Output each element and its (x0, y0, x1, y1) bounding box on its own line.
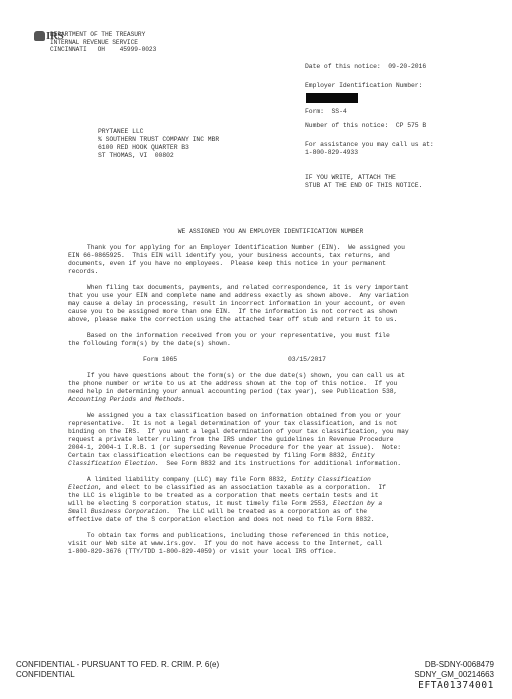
letter-body: WE ASSIGNED YOU AN EMPLOYER IDENTIFICATI… (68, 228, 488, 556)
paragraph-tax-forms: To obtain tax forms and publications, in… (68, 532, 488, 556)
dept-line: DEPARTMENT OF THE TREASURY (50, 31, 156, 39)
write-instruction: STUB AT THE END OF THIS NOTICE. (305, 182, 422, 190)
assistance-phone: 1-800-829-4933 (305, 149, 358, 157)
notice-number: Number of this notice: CP 575 B (305, 122, 426, 130)
confidential-label: CONFIDENTIAL (16, 670, 219, 680)
recipient-address: PRYTANEE LLC% SOUTHERN TRUST COMPANY INC… (98, 128, 219, 160)
address-line: 6100 RED HOOK QUARTER B3 (98, 144, 219, 152)
paragraph-text: A limited liability company (LLC) may fi… (68, 476, 291, 483)
form-title: Entity Classification (291, 476, 371, 483)
paragraph-questions: If you have questions about the form(s) … (68, 372, 488, 404)
department-address: DEPARTMENT OF THE TREASURYINTERNAL REVEN… (50, 31, 156, 54)
address-line: % SOUTHERN TRUST COMPANY INC MBR (98, 136, 219, 144)
paragraph-ein-assigned: Thank you for applying for an Employer I… (68, 244, 488, 276)
form-title: Election by a (333, 500, 382, 507)
ein-redaction-box (306, 93, 358, 103)
paragraph-text: See Form 8832 and its instructions for a… (159, 460, 401, 467)
letter-title: WE ASSIGNED YOU AN EMPLOYER IDENTIFICATI… (53, 228, 488, 236)
form-due-row: Form 1065 03/15/2017 (68, 356, 488, 364)
form-title: Classification Election. (68, 460, 159, 467)
form-title: Election (68, 484, 98, 491)
bates-number: SDNY_GM_00214663 (414, 670, 494, 680)
confidential-notice: CONFIDENTIAL - PURSUANT TO FED. R. CRIM.… (16, 660, 219, 670)
paragraph-text: If you have questions about the form(s) … (68, 372, 405, 395)
write-instruction: IF YOU WRITE, ATTACH THE (305, 174, 396, 182)
dept-line: CINCINNATI OH 45999-0023 (50, 46, 156, 54)
form-name: Form 1065 (143, 356, 177, 364)
confidentiality-footer: CONFIDENTIAL - PURSUANT TO FED. R. CRIM.… (16, 660, 219, 680)
address-line: PRYTANEE LLC (98, 128, 219, 136)
form-label: Form: SS-4 (305, 108, 347, 116)
form-due-date: 03/15/2017 (288, 356, 326, 364)
paragraph-filing-instructions: When filing tax documents, payments, and… (68, 284, 488, 324)
paragraph-forms-required: Based on the information received from y… (68, 332, 488, 348)
form-title: Small Business Corporation. (68, 508, 170, 515)
efta-number: EFTA01374001 (414, 680, 494, 692)
paragraph-llc-election: A limited liability company (LLC) may fi… (68, 476, 488, 524)
irs-eagle-icon (34, 31, 45, 41)
assistance-text: For assistance you may call us at: (305, 141, 434, 149)
notice-date: Date of this notice: 09-20-2016 (305, 63, 426, 71)
form-title: Entity (352, 452, 375, 459)
bates-number: DB-SDNY-0068479 (414, 660, 494, 670)
bates-numbers: DB-SDNY-0068479SDNY_GM_00214663EFTA01374… (414, 660, 494, 692)
address-line: ST THOMAS, VI 00802 (98, 152, 219, 160)
paragraph-tax-classification: We assigned you a tax classification bas… (68, 412, 488, 468)
publication-title: Accounting Periods and Methods. (68, 396, 185, 403)
dept-line: INTERNAL REVENUE SERVICE (50, 39, 156, 47)
ein-label: Employer Identification Number: (305, 82, 422, 90)
